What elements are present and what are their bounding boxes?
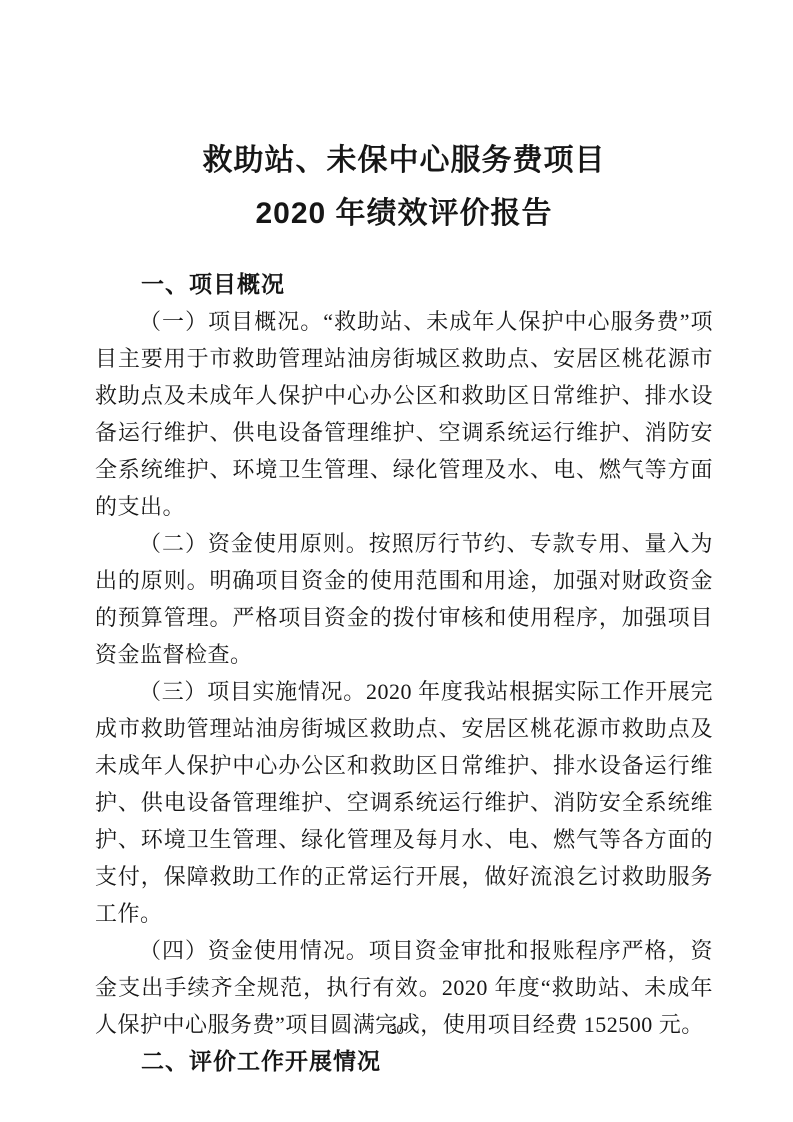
title-line-1: 救助站、未保中心服务费项目 [95, 134, 713, 187]
document-content: 救助站、未保中心服务费项目 2020 年绩效评价报告 一、项目概况 （一）项目概… [0, 0, 793, 1080]
paragraph-project-overview: （一）项目概况。“救助站、未成年人保护中心服务费”项目主要用于市救助管理站油房街… [95, 303, 713, 525]
page-number: 30 [0, 1022, 793, 1037]
paragraph-project-implementation: （三）项目实施情况。2020 年度我站根据实际工作开展完成市救助管理站油房街城区… [95, 673, 713, 932]
document-page: 救助站、未保中心服务费项目 2020 年绩效评价报告 一、项目概况 （一）项目概… [0, 0, 793, 1122]
section-heading-evaluation-work: 二、评价工作开展情况 [95, 1043, 713, 1080]
document-title: 救助站、未保中心服务费项目 2020 年绩效评价报告 [95, 134, 713, 240]
title-line-2: 2020 年绩效评价报告 [95, 187, 713, 240]
paragraph-fund-usage-principles: （二）资金使用原则。按照厉行节约、专款专用、量入为出的原则。明确项目资金的使用范… [95, 525, 713, 673]
section-heading-project-overview: 一、项目概况 [95, 266, 713, 303]
